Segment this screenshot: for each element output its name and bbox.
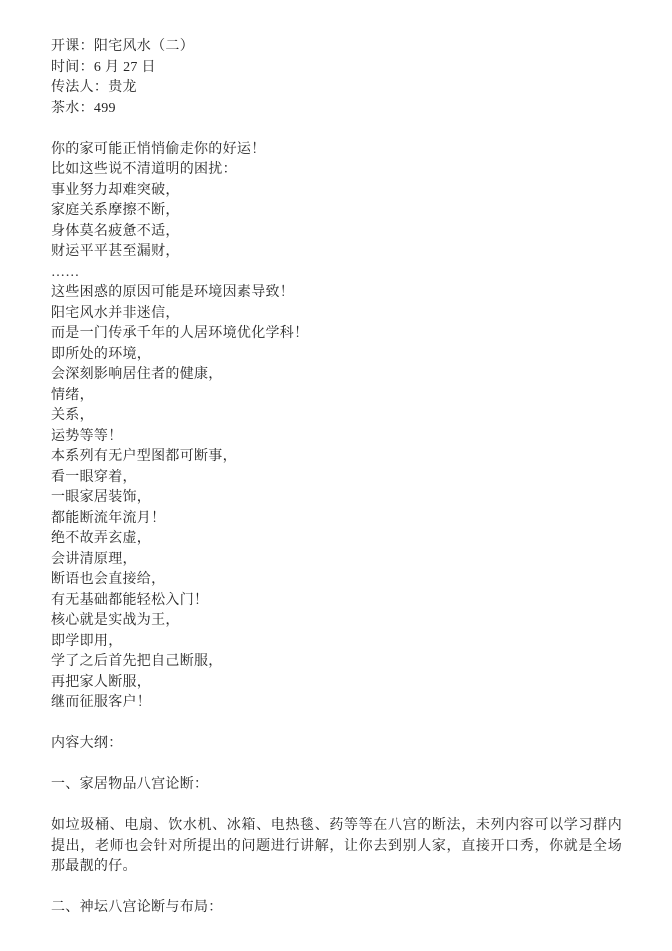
section-1-heading: 一、家居物品八宫论断： [51, 775, 622, 796]
blank-line [51, 714, 622, 735]
section-2-heading: 二、神坛八宫论断与布局： [51, 898, 622, 919]
ellipsis-line: …… [51, 263, 622, 284]
intro-line: 运势等等！ [51, 427, 622, 448]
intro-line: 看一眼穿着， [51, 468, 622, 489]
course-title-line: 开课：阳宅风水（二） [51, 37, 622, 58]
intro-line: 关系， [51, 406, 622, 427]
intro-line: 你的家可能正悄悄偷走你的好运！ [51, 140, 622, 161]
section-1-paragraph: 如垃圾桶、电扇、饮水机、冰箱、电热毯、药等等在八宫的断法，未列内容可以学习群内提… [51, 816, 622, 878]
intro-line: 事业努力却难突破， [51, 181, 622, 202]
intro-line: 阳宅风水并非迷信， [51, 304, 622, 325]
intro-line: 一眼家居装饰， [51, 488, 622, 509]
intro-line: 情绪， [51, 386, 622, 407]
intro-line: 断语也会直接给， [51, 570, 622, 591]
intro-line: 财运平平甚至漏财， [51, 242, 622, 263]
intro-line: 而是一门传承千年的人居环境优化学科！ [51, 324, 622, 345]
document-page: 开课：阳宅风水（二） 时间：6 月 27 日 传法人：贵龙 茶水：499 你的家… [0, 0, 672, 951]
intro-line: 家庭关系摩擦不断， [51, 201, 622, 222]
fee-line: 茶水：499 [51, 99, 622, 120]
intro-line: 会深刻影响居住者的健康， [51, 365, 622, 386]
blank-line [51, 878, 622, 899]
teacher-line: 传法人：贵龙 [51, 78, 622, 99]
intro-line: 核心就是实战为王， [51, 611, 622, 632]
intro-line: 身体莫名疲惫不适， [51, 222, 622, 243]
intro-line: 再把家人断服， [51, 673, 622, 694]
intro-line: 有无基础都能轻松入门！ [51, 591, 622, 612]
intro-line: 继而征服客户！ [51, 693, 622, 714]
intro-line: 比如这些说不清道明的困扰： [51, 160, 622, 181]
intro-line: 本系列有无户型图都可断事， [51, 447, 622, 468]
intro-line: 即所处的环境， [51, 345, 622, 366]
intro-line: 会讲清原理， [51, 550, 622, 571]
intro-line: 学了之后首先把自己断服， [51, 652, 622, 673]
blank-line [51, 796, 622, 817]
intro-line: 即学即用， [51, 632, 622, 653]
intro-line: 绝不故弄玄虚， [51, 529, 622, 550]
blank-line [51, 755, 622, 776]
intro-line: 这些困惑的原因可能是环境因素导致！ [51, 283, 622, 304]
outline-title: 内容大纲： [51, 734, 622, 755]
intro-line: 都能断流年流月！ [51, 509, 622, 530]
blank-line [51, 119, 622, 140]
date-line: 时间：6 月 27 日 [51, 58, 622, 79]
